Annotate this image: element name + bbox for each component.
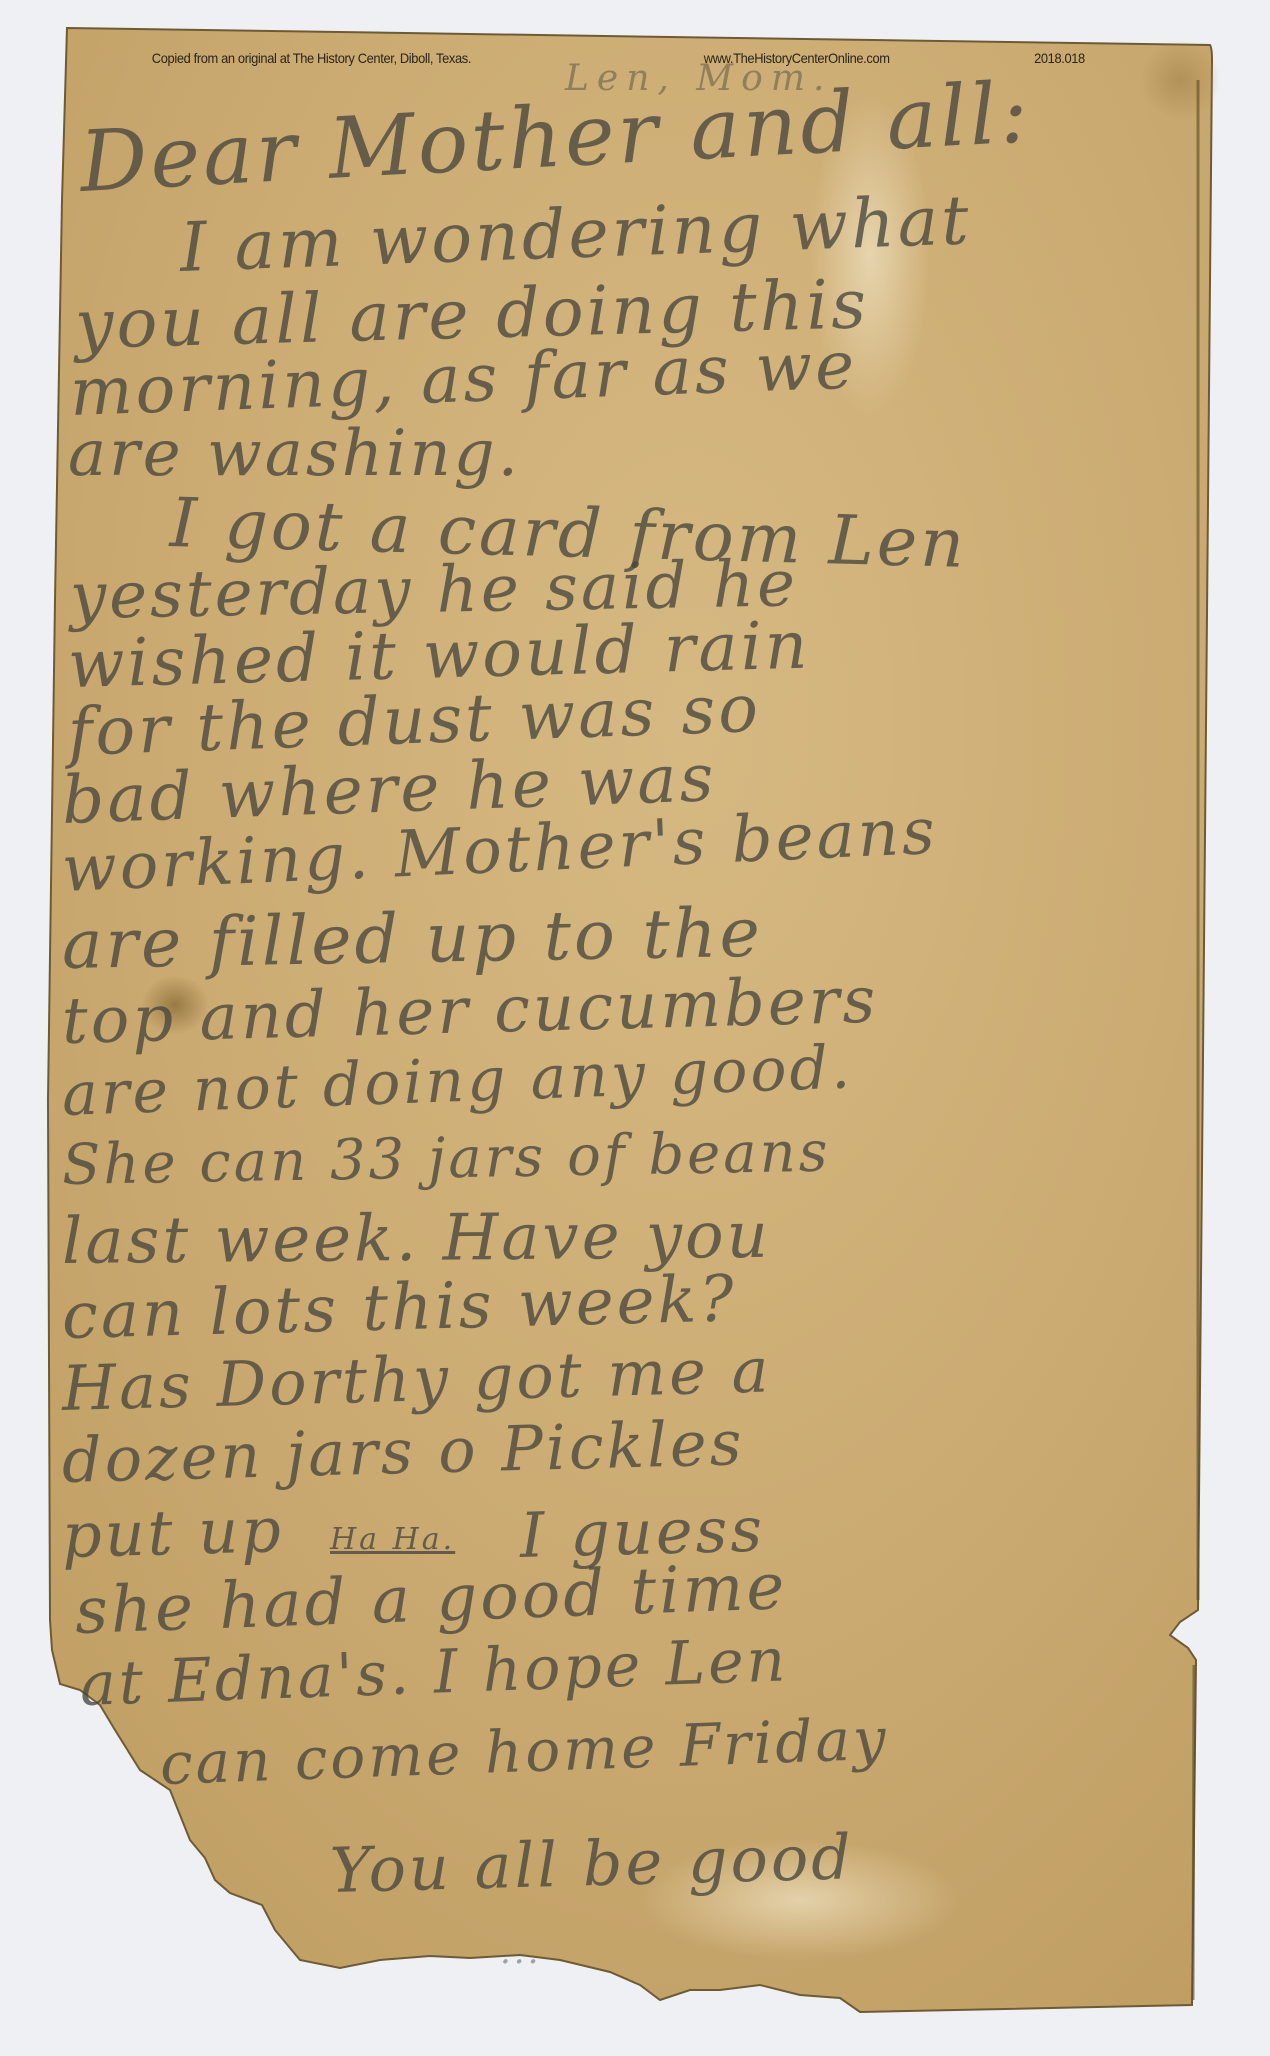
letter-line: She can 33 jars of beans (62, 1125, 831, 1194)
letter-line: You all be good (329, 1826, 854, 1902)
scan-canvas: Copied from an original at The History C… (0, 0, 1270, 2056)
letter-line: dozen jars o Pickles (61, 1412, 745, 1492)
letter-line: can come home Friday (159, 1710, 890, 1793)
letter-line-underlined-haha: Ha Ha. (330, 1525, 455, 1555)
letter-line-truncated: ... (500, 1935, 541, 1969)
handwritten-letter: Dear Mother and all: I am wondering what… (0, 0, 1270, 2056)
letter-line: put up (61, 1499, 284, 1567)
letter-line: are washing. (68, 422, 521, 486)
letter-line: are filled up to the (61, 900, 763, 980)
